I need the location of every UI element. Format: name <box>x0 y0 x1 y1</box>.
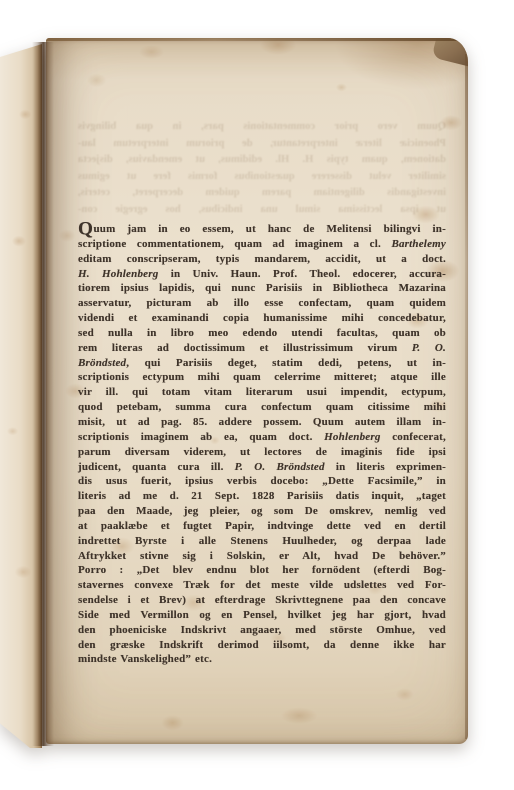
showthrough-text: Quum vero prior commentationis pars, in … <box>78 119 446 219</box>
book-page: Quum vero prior commentationis pars, in … <box>46 38 468 744</box>
text-line: H. Hohlenberg in Univ. Haun. Prof. Theol… <box>78 267 446 282</box>
text-line: Porro : „Det blev endnu blot her fornöde… <box>78 563 446 578</box>
text-line: Side med Vermillon og en Pensel, hvilket… <box>78 608 446 623</box>
page-right-edge <box>465 54 468 739</box>
text-line: literis ad me d. 21 Sept. 1828 Parisiis … <box>78 489 446 504</box>
text-line: rem literas ad doctissimum et illustriss… <box>78 341 446 356</box>
text-line: scriptionis imaginem ab ea, quam doct. H… <box>78 430 446 445</box>
text-line: dis usus fuerit, ipsius verbis docebo: „… <box>78 474 446 489</box>
page-text: Quum jam in eo essem, ut hanc de Meliten… <box>78 222 446 667</box>
text-line: quod petebam, summa cura confectum quam … <box>78 400 446 415</box>
photo-stage: Quum vero prior commentationis pars, in … <box>0 0 514 790</box>
text-line: sed nulla in libro meo edendo utendi fac… <box>78 326 446 341</box>
text-line: mindste Vanskelighed” etc. <box>78 652 446 667</box>
text-line: scriptione commentationem, quam ad imagi… <box>78 237 446 252</box>
showthrough-line: Phoeniciæ literæ interpretantur, de prio… <box>78 136 446 153</box>
left-page-edge <box>0 44 42 748</box>
text-line: tiorem ipsius lapidis, qui nunc Parisiis… <box>78 281 446 296</box>
text-line: misit, ut ad pag. 85. addere possem. Quu… <box>78 415 446 430</box>
text-line: stavernes convexe Træk for det meste vil… <box>78 578 446 593</box>
page-top-edge <box>46 38 468 41</box>
showthrough-line: similiter velut disserere quæstionibus f… <box>78 169 446 186</box>
text-line: asservatur, picturam ab illo esse confec… <box>78 296 446 311</box>
text-line: Aftrykket stivne sig i Solskin, er Alt, … <box>78 549 446 564</box>
text-line: Quum jam in eo essem, ut hanc de Meliten… <box>78 222 446 237</box>
text-line: videndi et examinandi copia humanissime … <box>78 311 446 326</box>
text-line: vir ill. qui totam vitam literarum usui … <box>78 385 446 400</box>
text-line: indrettet Byrste i alle Stenens Huulhede… <box>78 534 446 549</box>
text-line: parum diversam viderem, ut lectores de i… <box>78 445 446 460</box>
page-corner-fold <box>432 38 468 68</box>
showthrough-line: ut ipsa lectissima simul una indicibus, … <box>78 202 446 219</box>
text-line: Bröndsted, qui Parisiis deget, statim de… <box>78 356 446 371</box>
text-line: judicent, quanta cura ill. P. O. Bröndst… <box>78 460 446 475</box>
showthrough-line: investigandis diligentiam parem quidem d… <box>78 185 446 202</box>
text-line: scriptionis ectypum mihi quam celerrime … <box>78 370 446 385</box>
text-line: den græske Indskrift derimod iilsomt, da… <box>78 638 446 653</box>
showthrough-line: dationem, quam typis H. Hl. edidimus, ut… <box>78 152 446 169</box>
book-photo: Quum vero prior commentationis pars, in … <box>0 0 514 790</box>
text-line: sendelse i et Brev) at efterdrage Skrivt… <box>78 593 446 608</box>
text-line: den phoeniciske Indskrivt angaaer, med s… <box>78 623 446 638</box>
text-line: paa den Maade, jeg pleier, og som De oms… <box>78 504 446 519</box>
text-line: editam conscripseram, typis mandarem, ac… <box>78 252 446 267</box>
text-line: at paaklæbe et fugtet Papir, indtvinge d… <box>78 519 446 534</box>
showthrough-line: Quum vero prior commentationis pars, in … <box>78 119 446 136</box>
